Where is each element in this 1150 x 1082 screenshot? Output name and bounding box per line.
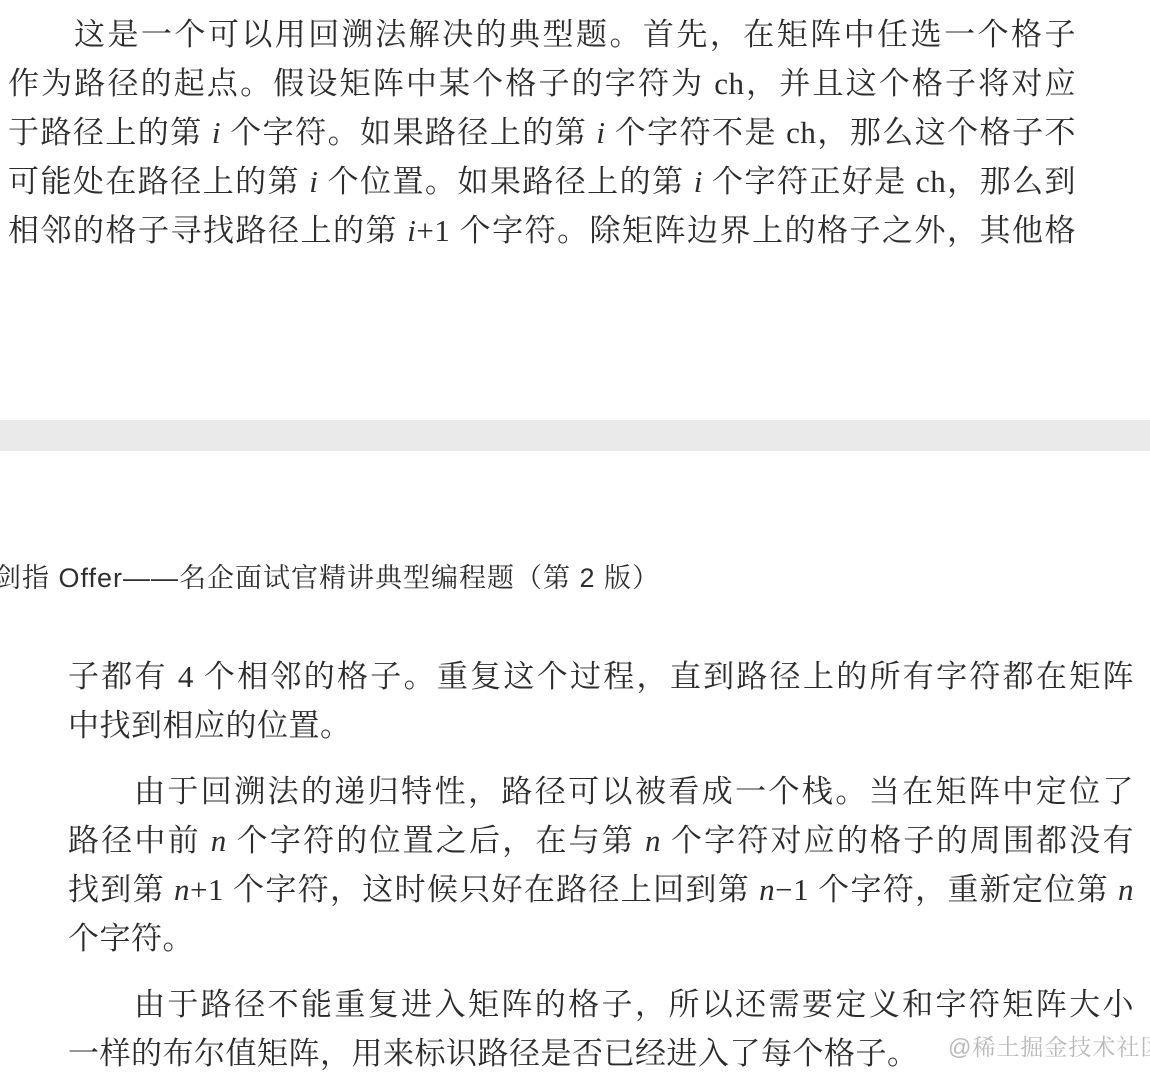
text-segment: ，那么到 bbox=[946, 164, 1076, 199]
text-line: 相邻的格子寻找路径上的第 i+1 个字符。除矩阵边界上的格子之外，其他格 bbox=[8, 206, 1076, 255]
text-segment: 由于路径不能重复进入矩阵的格子，所以还需要定义和字符矩阵大小 bbox=[134, 987, 1134, 1022]
text-segment: n bbox=[174, 872, 190, 907]
paragraph-continuation: 子都有 4 个相邻的格子。重复这个过程，直到路径上的所有字符都在矩阵中找到相应的… bbox=[68, 652, 1134, 750]
text-segment: 个字符正好是 bbox=[703, 164, 916, 199]
section-divider bbox=[0, 420, 1150, 451]
text-line: 这是一个可以用回溯法解决的典型题。首先，在矩阵中任选一个格子 bbox=[8, 10, 1076, 59]
text-segment: n bbox=[211, 823, 227, 858]
watermark: @稀土掘金技术社区 bbox=[948, 1032, 1150, 1062]
book-page-scan: 这是一个可以用回溯法解决的典型题。首先，在矩阵中任选一个格子作为路径的起点。假设… bbox=[0, 0, 1150, 1082]
text-line: 可能处在路径上的第 i 个位置。如果路径上的第 i 个字符正好是 ch，那么到 bbox=[8, 157, 1076, 206]
text-segment: 相邻的格子寻找路径上的第 bbox=[8, 213, 407, 248]
text-segment: 可能处在路径上的第 bbox=[8, 164, 309, 199]
text-segment: ，那么这个格子不 bbox=[816, 115, 1076, 150]
text-segment: 个字符不是 bbox=[606, 115, 787, 150]
text-line: 路径中前 n 个字符的位置之后，在与第 n 个字符对应的格子的周围都没有 bbox=[68, 816, 1134, 865]
text-line: 于路径上的第 i 个字符。如果路径上的第 i 个字符不是 ch，那么这个格子不 bbox=[8, 108, 1076, 157]
paragraph-top: 这是一个可以用回溯法解决的典型题。首先，在矩阵中任选一个格子作为路径的起点。假设… bbox=[8, 10, 1076, 255]
text-segment: 个字符。如果路径上的第 bbox=[221, 115, 596, 150]
text-line: 中找到相应的位置。 bbox=[68, 701, 1134, 750]
text-line: 个字符。 bbox=[68, 914, 1134, 963]
text-line: 作为路径的起点。假设矩阵中某个格子的字符为 ch，并且这个格子将对应 bbox=[8, 59, 1076, 108]
text-segment: ch bbox=[786, 115, 816, 150]
text-segment: −1 个字符，重新定位第 bbox=[775, 872, 1118, 907]
running-header: 剑指 Offer——名企面试官精讲典型编程题（第 2 版） bbox=[0, 560, 660, 596]
text-segment: 于路径上的第 bbox=[8, 115, 212, 150]
text-segment: 由于回溯法的递归特性，路径可以被看成一个栈。当在矩阵中定位了 bbox=[134, 774, 1134, 809]
text-line: 由于回溯法的递归特性，路径可以被看成一个栈。当在矩阵中定位了 bbox=[68, 767, 1134, 816]
text-line: 子都有 4 个相邻的格子。重复这个过程，直到路径上的所有字符都在矩阵 bbox=[68, 652, 1134, 701]
text-segment: 找到第 bbox=[68, 872, 174, 907]
text-segment: i bbox=[407, 213, 416, 248]
text-segment: ，并且这个格子将对应 bbox=[744, 66, 1076, 101]
text-segment: n bbox=[645, 823, 661, 858]
text-segment: i bbox=[694, 164, 703, 199]
paragraph-backtracking-stack: 由于回溯法的递归特性，路径可以被看成一个栈。当在矩阵中定位了路径中前 n 个字符… bbox=[68, 767, 1134, 963]
text-segment: ch bbox=[714, 66, 744, 101]
text-segment: 个字符。 bbox=[68, 921, 194, 956]
text-segment: n bbox=[1118, 872, 1134, 907]
text-segment: ch bbox=[916, 164, 946, 199]
text-segment: 路径中前 bbox=[68, 823, 211, 858]
text-segment: n bbox=[759, 872, 775, 907]
text-line: 找到第 n+1 个字符，这时候只好在路径上回到第 n−1 个字符，重新定位第 n bbox=[68, 865, 1134, 914]
text-line: 由于路径不能重复进入矩阵的格子，所以还需要定义和字符矩阵大小 bbox=[68, 980, 1134, 1029]
text-segment: +1 个字符，这时候只好在路径上回到第 bbox=[190, 872, 759, 907]
text-segment: 作为路径的起点。假设矩阵中某个格子的字符为 bbox=[8, 66, 714, 101]
text-segment: 一样的布尔值矩阵，用来标识路径是否已经进入了每个格子。 bbox=[68, 1036, 919, 1071]
paragraph-boolean-matrix: 由于路径不能重复进入矩阵的格子，所以还需要定义和字符矩阵大小一样的布尔值矩阵，用… bbox=[68, 980, 1134, 1078]
text-segment: i bbox=[309, 164, 318, 199]
text-segment: 中找到相应的位置。 bbox=[68, 708, 352, 743]
text-segment: 个位置。如果路径上的第 bbox=[318, 164, 693, 199]
text-segment: +1 个字符。除矩阵边界上的格子之外，其他格 bbox=[416, 213, 1076, 248]
body-text: 子都有 4 个相邻的格子。重复这个过程，直到路径上的所有字符都在矩阵中找到相应的… bbox=[68, 652, 1134, 1078]
text-segment: i bbox=[596, 115, 605, 150]
text-segment: 个字符对应的格子的周围都没有 bbox=[661, 823, 1134, 858]
text-segment: 子都有 4 个相邻的格子。重复这个过程，直到路径上的所有字符都在矩阵 bbox=[68, 659, 1134, 694]
text-segment: i bbox=[212, 115, 221, 150]
text-segment: 个字符的位置之后，在与第 bbox=[227, 823, 645, 858]
text-segment: 这是一个可以用回溯法解决的典型题。首先，在矩阵中任选一个格子 bbox=[74, 17, 1076, 52]
